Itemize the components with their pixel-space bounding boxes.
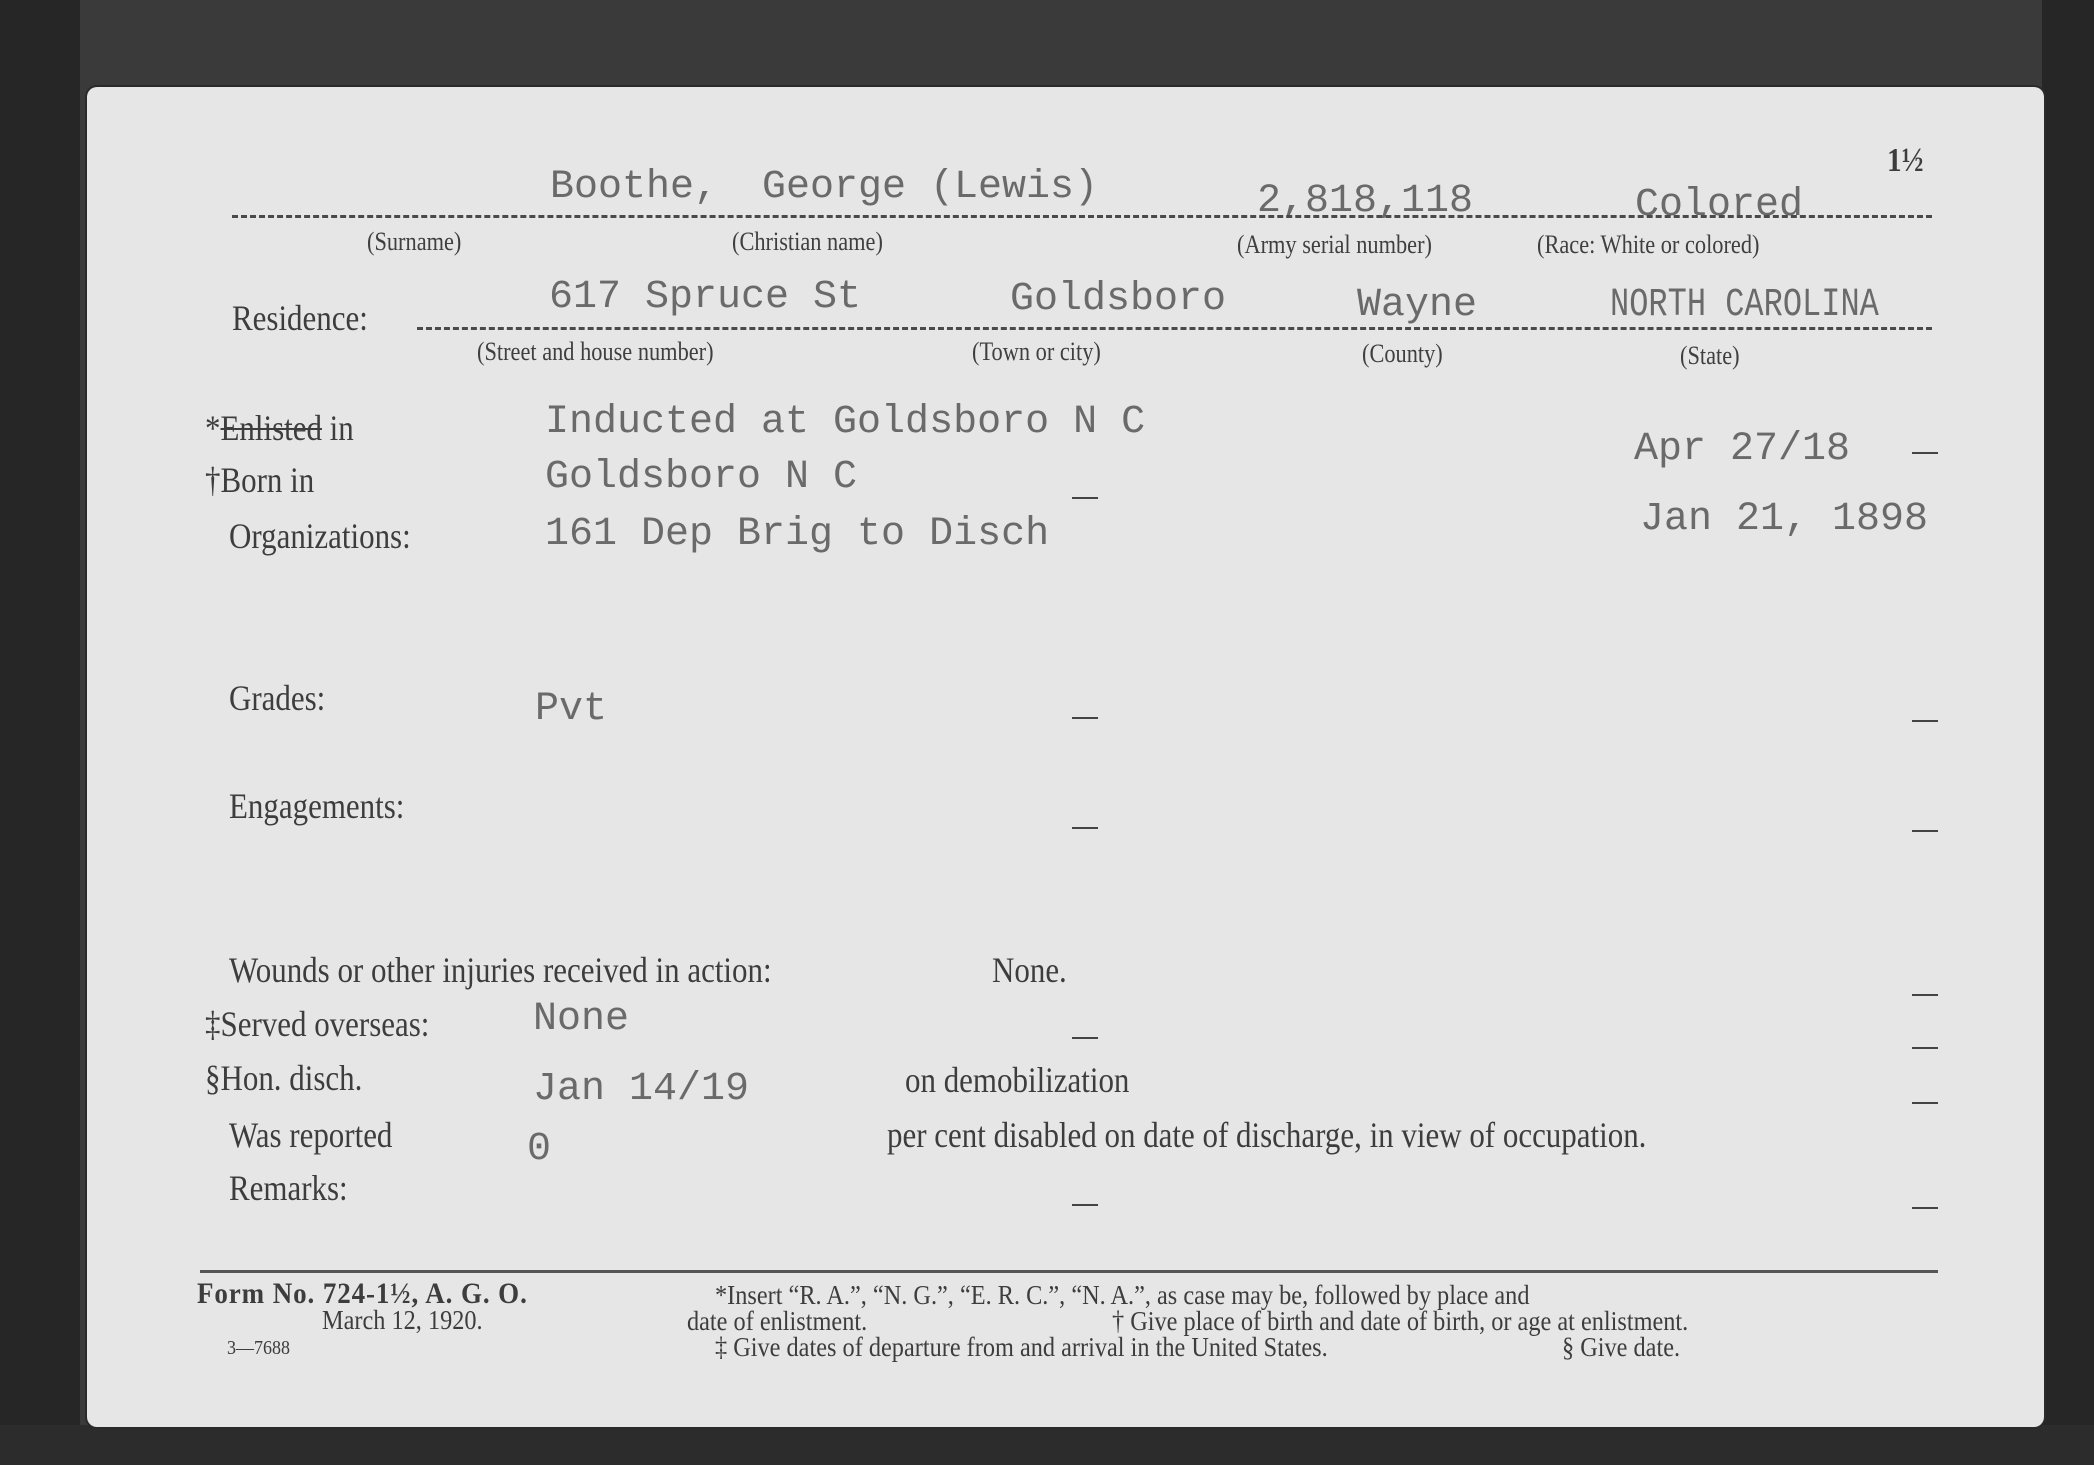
engagements-label: Engagements: [229,785,404,827]
dagger-marker: † [205,460,220,500]
served-overseas-value: None [533,997,629,1042]
organizations-label: Organizations: [229,515,411,557]
disability-statement: per cent disabled on date of discharge, … [887,1114,1646,1156]
christian-name-value: George (Lewis) [762,165,1098,210]
born-dash [1072,497,1098,499]
grades-dash-right [1912,720,1938,722]
service-record-card: 1½ Boothe, George (Lewis) 2,818,118 Colo… [87,87,2044,1427]
hon-disch-value: Jan 14/19 [533,1067,749,1112]
corner-mark: 1½ [1887,142,1924,180]
served-overseas-dash [1072,1037,1098,1039]
print-code: 3—7688 [227,1337,290,1360]
born-label-text: Born in [220,460,314,500]
remarks-label: Remarks: [229,1167,348,1209]
enlisted-date-dash [1912,452,1938,454]
engagements-dash [1072,827,1098,829]
remarks-dash [1072,1204,1098,1206]
wounds-dash-right [1912,994,1938,996]
binder-right-edge [2042,0,2094,1465]
grades-label: Grades: [229,677,325,719]
served-overseas-label: ‡Served overseas: [205,1003,429,1045]
residence-row-line [417,327,1932,330]
backdrop-bottom [0,1425,2094,1465]
hon-disch-label-text: Hon. disch. [220,1058,362,1098]
organizations-value: 161 Dep Brig to Disch [545,512,1049,557]
wounds-label: Wounds or other injuries received in act… [229,949,772,991]
grades-value: Pvt [535,687,607,732]
state-value: NORTH CAROLINA [1610,283,1879,328]
hon-disch-label: §Hon. disch. [205,1057,362,1099]
footer-rule [200,1270,1938,1273]
grades-dash [1072,717,1098,719]
footnote-date: § Give date. [1562,1332,1680,1363]
footnote-overseas: ‡ Give dates of departure from and arriv… [715,1332,1328,1363]
wounds-value: None. [992,949,1067,991]
served-overseas-dash-right [1912,1047,1938,1049]
serial-number-caption: (Army serial number) [1237,230,1432,260]
surname-value: Boothe, [550,165,718,210]
enlisted-value: Inducted at Goldsboro N C [545,400,1145,445]
county-caption: (County) [1362,339,1443,369]
christian-name-caption: (Christian name) [732,227,883,257]
race-value: Colored [1635,183,1803,228]
surname-caption: (Surname) [367,227,461,257]
hon-disch-dash-right [1912,1102,1938,1104]
remarks-dash-right [1912,1207,1938,1209]
asterisk-marker: * [205,408,220,448]
disability-percent-value: 0 [527,1127,551,1172]
street-caption: (Street and house number) [477,337,714,367]
enlisted-struck-label: Enlisted [220,408,321,448]
born-value: Goldsboro N C [545,455,857,500]
race-caption: (Race: White or colored) [1537,230,1759,260]
town-value: Goldsboro [1010,277,1226,322]
enlisted-label: *Enlisted in [205,407,354,449]
state-caption: (State) [1680,341,1740,371]
hon-disch-suffix: on demobilization [905,1059,1129,1101]
section-marker: § [205,1058,220,1098]
residence-label: Residence: [232,297,368,339]
born-date: Jan 21, 1898 [1640,497,1928,542]
binder-left-edge [0,0,80,1465]
enlisted-label-rest: in [322,408,354,448]
double-dagger-marker: ‡ [205,1004,220,1044]
town-caption: (Town or city) [972,337,1101,367]
street-value: 617 Spruce St [549,275,861,320]
name-row-line [232,215,1932,218]
served-overseas-label-text: Served overseas: [220,1004,429,1044]
born-label: †Born in [205,459,314,501]
was-reported-label: Was reported [229,1114,392,1156]
county-value: Wayne [1357,283,1477,328]
enlisted-date: Apr 27/18 [1634,427,1850,472]
engagements-dash-right [1912,830,1938,832]
form-date: March 12, 1920. [322,1305,483,1336]
